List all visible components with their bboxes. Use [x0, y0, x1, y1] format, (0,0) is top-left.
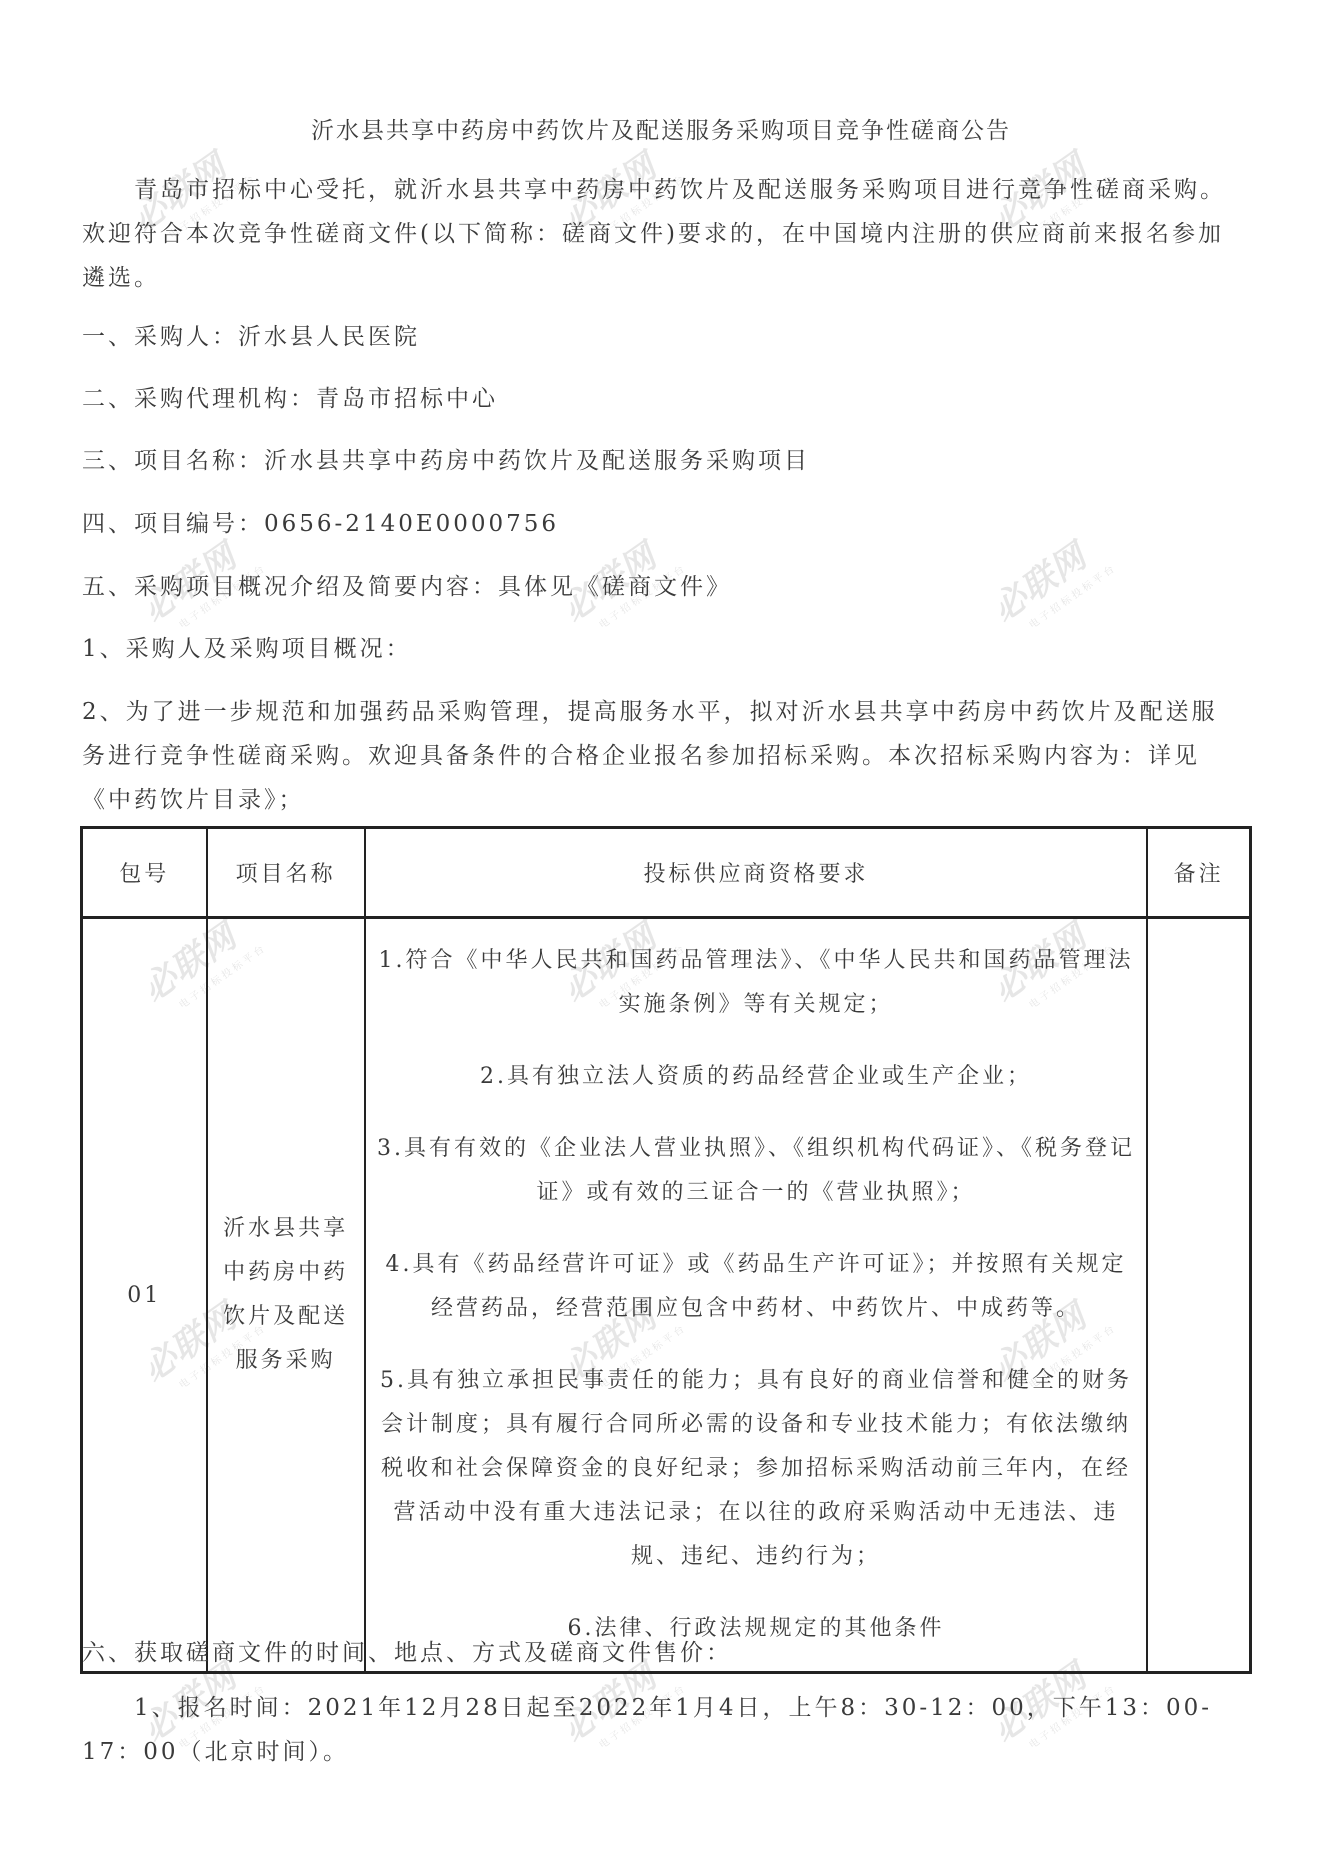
item-2: 2、为了进一步规范和加强药品采购管理，提高服务水平，拟对沂水县共享中药房中药饮片…	[82, 690, 1242, 822]
requirement-item: 1.符合《中华人民共和国药品管理法》、《中华人民共和国药品管理法实施条例》等有关…	[376, 939, 1136, 1027]
registration-time: 1、报名时间：2021年12月28日起至2022年1月4日，上午8：30-12：…	[82, 1686, 1242, 1774]
requirement-item: 5.具有独立承担民事责任的能力；具有良好的商业信誉和健全的财务会计制度；具有履行…	[376, 1359, 1136, 1579]
table-row: 01 沂水县共享中药房中药饮片及配送服务采购 1.符合《中华人民共和国药品管理法…	[82, 918, 1251, 1673]
requirement-item: 4.具有《药品经营许可证》或《药品生产许可证》；并按照有关规定经营药品，经营范围…	[376, 1243, 1136, 1331]
header-project-name: 项目名称	[207, 828, 365, 918]
intro-paragraph: 青岛市招标中心受托，就沂水县共享中药房中药饮片及配送服务采购项目进行竞争性磋商采…	[82, 168, 1242, 300]
qualification-table: 包号 项目名称 投标供应商资格要求 备注 01 沂水县共享中药房中药饮片及配送服…	[80, 826, 1252, 1674]
header-note: 备注	[1147, 828, 1250, 918]
header-package: 包号	[82, 828, 207, 918]
cell-note	[1147, 918, 1250, 1673]
document-page: 必联网电子招标投标平台 必联网电子招标投标平台 必联网电子招标投标平台 必联网电…	[0, 0, 1322, 1871]
requirement-item: 2.具有独立法人资质的药品经营企业或生产企业；	[376, 1055, 1136, 1099]
table-header-row: 包号 项目名称 投标供应商资格要求 备注	[82, 828, 1251, 918]
header-requirements: 投标供应商资格要求	[365, 828, 1147, 918]
cell-package: 01	[82, 918, 207, 1673]
section-overview: 五、采购项目概况介绍及简要内容：具体见《磋商文件》	[82, 568, 732, 601]
section-agency: 二、采购代理机构：青岛市招标中心	[82, 380, 498, 413]
item-1: 1、采购人及采购项目概况：	[82, 630, 412, 663]
section-six: 六、获取磋商文件的时间、地点、方式及磋商文件售价：	[82, 1634, 732, 1667]
cell-requirements: 1.符合《中华人民共和国药品管理法》、《中华人民共和国药品管理法实施条例》等有关…	[365, 918, 1147, 1673]
section-purchaser: 一、采购人：沂水县人民医院	[82, 318, 420, 351]
watermark: 必联网电子招标投标平台	[981, 504, 1150, 656]
cell-project-name: 沂水县共享中药房中药饮片及配送服务采购	[207, 918, 365, 1673]
requirement-item: 3.具有有效的《企业法人营业执照》、《组织机构代码证》、《税务登记证》或有效的三…	[376, 1127, 1136, 1215]
section-project-name: 三、项目名称：沂水县共享中药房中药饮片及配送服务采购项目	[82, 442, 810, 475]
document-title: 沂水县共享中药房中药饮片及配送服务采购项目竞争性磋商公告	[0, 112, 1322, 145]
section-project-number: 四、项目编号：0656-2140E0000756	[82, 505, 559, 538]
